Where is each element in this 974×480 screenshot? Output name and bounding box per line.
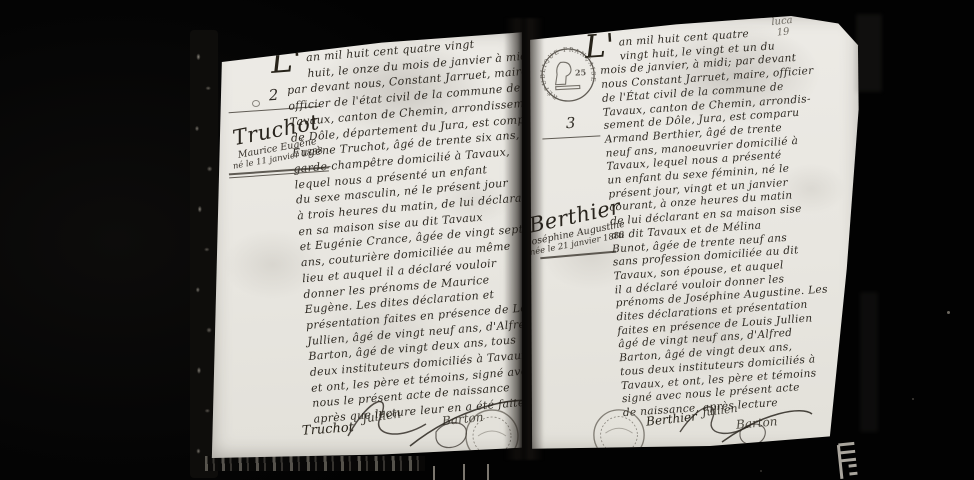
act-body-text: L'an mil huit cent quatrevingt huit, le … bbox=[598, 22, 871, 421]
dust-speck bbox=[947, 311, 950, 314]
page-edge-mark bbox=[487, 464, 489, 480]
binding-gutter-shadow bbox=[504, 18, 544, 460]
page-edge-mark bbox=[463, 464, 465, 480]
page-edge-mark bbox=[433, 466, 435, 480]
svg-text:TAVAUX: TAVAUX bbox=[477, 453, 506, 459]
page-edges-bottom bbox=[205, 456, 425, 471]
dust-speck bbox=[912, 398, 914, 400]
signature-flourish bbox=[674, 398, 814, 452]
svg-text:25: 25 bbox=[575, 67, 587, 78]
spine-ghost-lettering bbox=[856, 14, 882, 92]
spine-bright-mark bbox=[834, 440, 864, 480]
register-left-page: 2 Truchot Maurice Eugène né le 11 janvie… bbox=[210, 28, 522, 458]
svg-text:TAVAUX: TAVAUX bbox=[605, 451, 633, 457]
spine-ghost-lettering bbox=[860, 292, 878, 432]
mairie-stamp: TAVAUX bbox=[590, 406, 648, 464]
archival-scan-background: 2 Truchot Maurice Eugène né le 11 janvie… bbox=[0, 0, 974, 480]
dust-speck bbox=[760, 470, 762, 472]
register-right-page: luca 19 RÉPUBLIQUE FRANÇAISE 25 3 Berthi… bbox=[524, 12, 862, 454]
margin-rule bbox=[542, 135, 600, 139]
